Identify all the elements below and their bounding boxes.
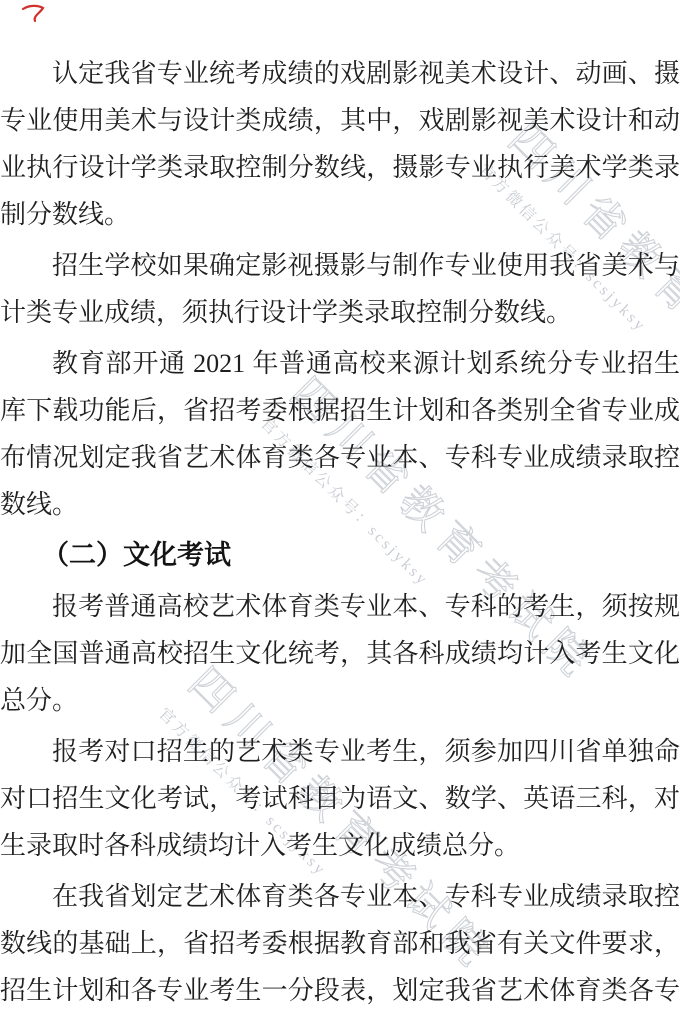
text-line: 布情况划定我省艺术体育类各专业本、专科专业成绩录取控制分 — [0, 434, 680, 481]
text-line: 库下载功能后，省招考委根据招生计划和各类别全省专业成绩分 — [0, 387, 680, 434]
text-line: 专业使用美术与设计类成绩，其中，戏剧影视美术设计和动画专 — [0, 97, 680, 144]
text-line: 报考普通高校艺术体育类专业本、专科的考生，须按规定参 — [0, 583, 680, 630]
text-line: 报考对口招生的艺术类专业考生，须参加四川省单独命题的 — [0, 728, 680, 775]
section-heading: （二）文化考试 — [0, 532, 680, 579]
paragraph: 教育部开通 2021 年普通高校来源计划系统分专业招生计划库下载功能后，省招考委… — [0, 340, 680, 528]
paragraph: 认定我省专业统考成绩的戏剧影视美术设计、动画、摄影等专业使用美术与设计类成绩，其… — [0, 50, 680, 238]
paragraph: 招生学校如果确定影视摄影与制作专业使用我省美术与设计类专业成绩，须执行设计学类录… — [0, 242, 680, 336]
text-line: 生录取时各科成绩均计入考生文化成绩总分。 — [0, 822, 680, 869]
paragraph: 报考对口招生的艺术类专业考生，须参加四川省单独命题的对口招生文化考试，考试科目为… — [0, 728, 680, 869]
text-line: 制分数线。 — [0, 191, 680, 238]
text-line: 总分。 — [0, 677, 680, 724]
document-page: 四川省教育考试院 官方微信公众号：scsjyksy 四川省教育考试院 官方微信公… — [0, 0, 680, 1018]
text-line: 数线的基础上，省招考委根据教育部和我省有关文件要求，结合 — [0, 920, 680, 967]
text-line: 教育部开通 2021 年普通高校来源计划系统分专业招生计划 — [0, 340, 680, 387]
text-line: 加全国普通高校招生文化统考，其各科成绩均计入考生文化成绩 — [0, 630, 680, 677]
paragraph: 报考普通高校艺术体育类专业本、专科的考生，须按规定参加全国普通高校招生文化统考，… — [0, 583, 680, 724]
text-line: 在我省划定艺术体育类各专业本、专科专业成绩录取控制分 — [0, 873, 680, 920]
document-content: 认定我省专业统考成绩的戏剧影视美术设计、动画、摄影等专业使用美术与设计类成绩，其… — [0, 0, 680, 1014]
red-pen-mark-icon — [20, 3, 50, 25]
text-line: 数线。 — [0, 481, 680, 528]
text-line: 计类专业成绩，须执行设计学类录取控制分数线。 — [0, 289, 680, 336]
text-line: 业执行设计学类录取控制分数线，摄影专业执行美术学类录取控 — [0, 144, 680, 191]
text-line: 对口招生文化考试，考试科目为语文、数学、英语三科，对口招 — [0, 775, 680, 822]
text-line: 招生计划和各专业考生一分段表，划定我省艺术体育类各专业 — [0, 967, 680, 1014]
text-line: 认定我省专业统考成绩的戏剧影视美术设计、动画、摄影等 — [0, 50, 680, 97]
text-line: 招生学校如果确定影视摄影与制作专业使用我省美术与设 — [0, 242, 680, 289]
paragraph: 在我省划定艺术体育类各专业本、专科专业成绩录取控制分数线的基础上，省招考委根据教… — [0, 873, 680, 1014]
